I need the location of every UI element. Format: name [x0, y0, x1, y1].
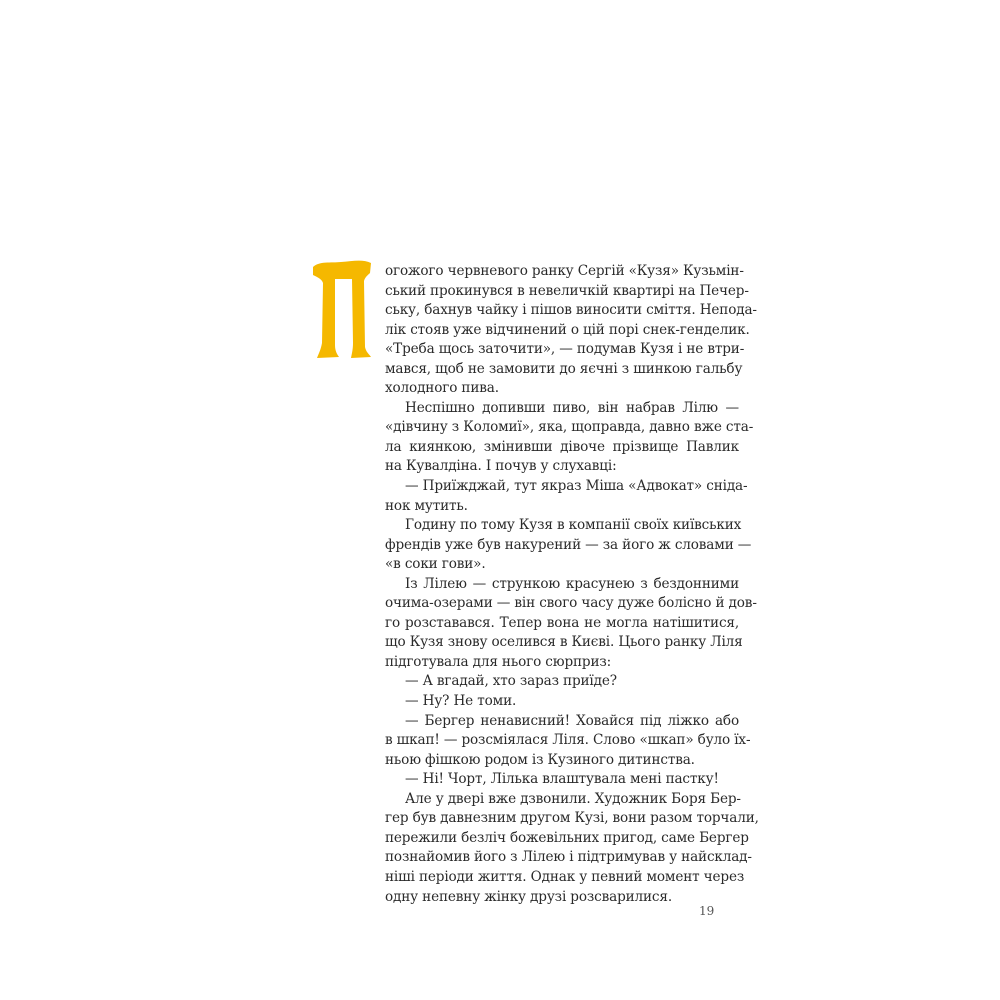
- text-line: Годину по тому Кузя в компанії своїх киї…: [318, 516, 739, 536]
- text-line: френдів уже був накурений — за його ж сл…: [318, 536, 739, 556]
- text-line: що Кузя знову оселився в Києві. Цього ра…: [318, 633, 739, 653]
- text-line: огожого червневого ранку Сергій «Кузя» К…: [318, 262, 739, 282]
- text-line: нок мутить.: [318, 497, 739, 517]
- text-line: — Бергер ненависний! Ховайся під ліжко а…: [318, 712, 739, 732]
- page-number: 19: [699, 904, 714, 918]
- text-line: гер був давнезним другом Кузі, вони разо…: [318, 809, 739, 829]
- book-page: огожого червневого ранку Сергій «Кузя» К…: [0, 0, 1000, 1000]
- text-line: «в соки гови».: [318, 555, 739, 575]
- text-line: Неспішно допивши пиво, він набрав Лілю —: [318, 399, 739, 419]
- text-line: одну непевну жінку друзі розсварилися.: [318, 888, 739, 908]
- body-text: огожого червневого ранку Сергій «Кузя» К…: [318, 262, 739, 907]
- text-line: — Приїжджай, тут якраз Міша «Адвокат» сн…: [318, 477, 739, 497]
- text-line: ніші періоди життя. Однак у певний момен…: [318, 868, 739, 888]
- text-line: го розставався. Тепер вона не могла наті…: [318, 614, 739, 634]
- text-line: лік стояв уже відчинений о цій порі снек…: [318, 321, 739, 341]
- text-line: в шкап! — розсміялася Ліля. Слово «шкап»…: [318, 731, 739, 751]
- text-line: познайомив його з Лілею і підтримував у …: [318, 848, 739, 868]
- text-line: на Кувалдіна. І почув у слухавці:: [318, 457, 739, 477]
- text-line: холодного пива.: [318, 379, 739, 399]
- text-line: — Ні! Чорт, Лілька влаштувала мені пастк…: [318, 770, 739, 790]
- text-line: — А вгадай, хто зараз приїде?: [318, 672, 739, 692]
- text-line: ську, бахнув чайку і пішов виносити сміт…: [318, 301, 739, 321]
- text-line: ла киянкою, змінивши дівоче прізвище Пав…: [318, 438, 739, 458]
- text-line: «Треба щось заточити», — подумав Кузя і …: [318, 340, 739, 360]
- text-line: Але у двері вже дзвонили. Художник Боря …: [318, 790, 739, 810]
- text-line: Із Лілею — стрункою красунею з бездонним…: [318, 575, 739, 595]
- text-line: мався, щоб не замовити до яєчні з шинкою…: [318, 360, 739, 380]
- text-line: очима-озерами — він свого часу дуже болі…: [318, 594, 739, 614]
- text-line: «дівчину з Коломиї», яка, щоправда, давн…: [318, 418, 739, 438]
- text-line: ський прокинувся в невеличкій квартирі н…: [318, 282, 739, 302]
- text-line: ньою фішкою родом із Кузиного дитинства.: [318, 751, 739, 771]
- text-line: підготувала для нього сюрприз:: [318, 653, 739, 673]
- text-line: пережили безліч божевільних пригод, саме…: [318, 829, 739, 849]
- text-line: — Ну? Не томи.: [318, 692, 739, 712]
